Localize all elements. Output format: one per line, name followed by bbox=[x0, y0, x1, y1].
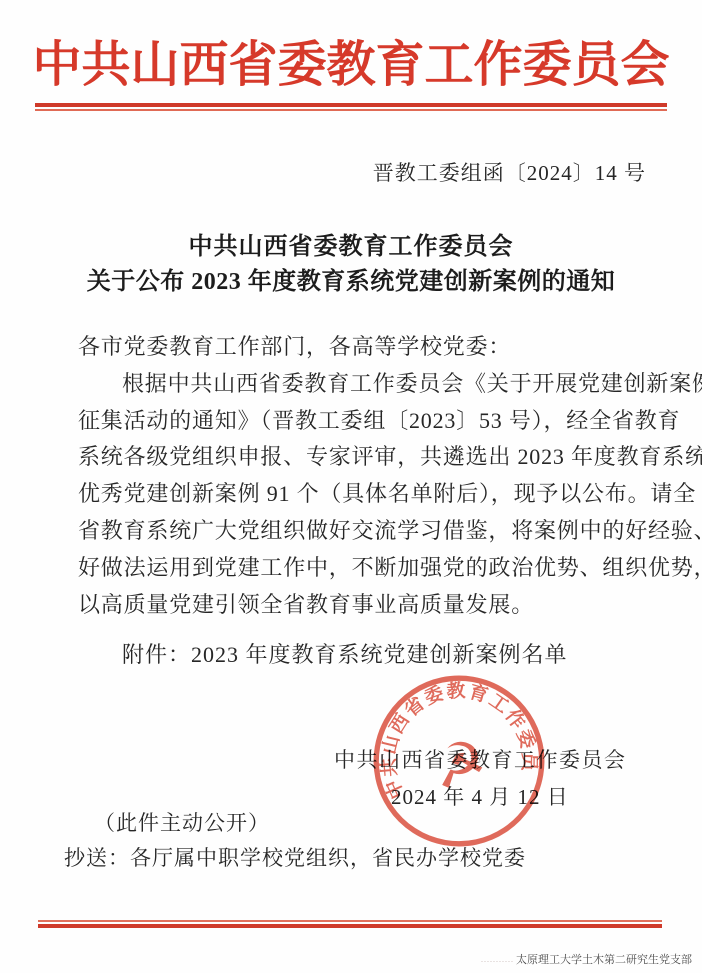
letterhead-rule bbox=[35, 103, 667, 111]
footer-rule-thick bbox=[38, 924, 662, 928]
scan-watermark-text: 太原理工大学土木第二研究生党支部 bbox=[516, 954, 692, 966]
footer-rule-thin bbox=[38, 920, 662, 922]
body-line: 以高质量党建引领全省教育事业高质量发展。 bbox=[78, 587, 650, 624]
open-disclosure-note: （此件主动公开） bbox=[94, 807, 270, 837]
body-line: 征集活动的通知》（晋教工委组〔2023〕53 号），经全省教育 bbox=[78, 403, 650, 440]
document-page: 中共山西省委教育工作委员会 晋教工委组函〔2024〕14 号 中共山西省委教育工… bbox=[0, 0, 702, 973]
signature-org: 中共山西省委教育工作委员会 bbox=[334, 744, 627, 774]
doc-title-line2: 关于公布 2023 年度教育系统党建创新案例的通知 bbox=[0, 261, 702, 296]
scan-watermark: ···········太原理工大学土木第二研究生党支部 bbox=[481, 951, 692, 967]
footer-rule bbox=[38, 920, 662, 928]
letterhead-rule-thin bbox=[35, 109, 667, 111]
cc-line: 抄送：各厅属中职学校党组织，省民办学校党委 bbox=[64, 842, 526, 872]
signature-date: 2024 年 4 月 12 日 bbox=[391, 781, 569, 811]
body-line: 好做法运用到党建工作中，不断加强党的政治优势、组织优势， bbox=[78, 550, 650, 587]
body-line: 根据中共山西省委教育工作委员会《关于开展党建创新案例 bbox=[78, 366, 650, 403]
body-line: 优秀党建创新案例 91 个（具体名单附后），现予以公布。请全 bbox=[78, 476, 650, 513]
doc-number: 晋教工委组函〔2024〕14 号 bbox=[373, 157, 646, 187]
body-line: 系统各级党组织申报、专家评审，共遴选出 2023 年度教育系统 bbox=[78, 439, 650, 476]
scan-watermark-tiny-marks: ··········· bbox=[481, 959, 514, 965]
attachment-note: 附件：2023 年度教育系统党建创新案例名单 bbox=[122, 638, 568, 669]
body-salutation: 各市党委教育工作部门，各高等学校党委： bbox=[78, 329, 650, 366]
body-line: 省教育系统广大党组织做好交流学习借鉴，将案例中的好经验、 bbox=[78, 513, 650, 550]
body-text: 各市党委教育工作部门，各高等学校党委： 根据中共山西省委教育工作委员会《关于开展… bbox=[78, 329, 650, 623]
letterhead-title: 中共山西省委教育工作委员会 bbox=[0, 26, 702, 96]
doc-title-line1: 中共山西省委教育工作委员会 bbox=[0, 226, 702, 261]
letterhead-rule-thick bbox=[35, 103, 667, 107]
